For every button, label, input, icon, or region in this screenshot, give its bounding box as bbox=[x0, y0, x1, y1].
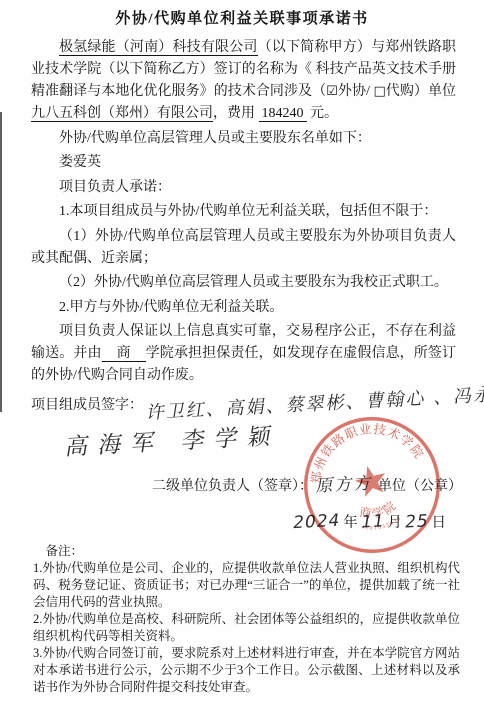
unit-leader-signature-row: 二级单位负责人（签章）：原方方单位（公章） bbox=[152, 470, 462, 495]
intro-paragraph: 极氢绿能（河南）科技有限公司（以下简称甲方）与郑州铁路职业技术学院（以下简称乙方… bbox=[31, 37, 456, 125]
promise-item-1-2: （2）外协/代购单位高层管理人员或主要股东为我校正式职工。 bbox=[31, 272, 456, 294]
document-title: 外协/代购单位利益关联事项承诺书 bbox=[0, 7, 484, 28]
date-month-unit: 月 bbox=[387, 515, 402, 531]
promise-intro-line: 项目负责人承诺： bbox=[31, 177, 456, 199]
date-day-unit: 日 bbox=[432, 515, 447, 531]
outsource-checkbox-checked-icon: ☑ bbox=[326, 84, 338, 99]
remarks-heading: 备注： bbox=[33, 543, 460, 560]
date-year-unit: 年 bbox=[343, 515, 358, 531]
guarantor-college-blank: 商 bbox=[102, 346, 146, 362]
date-month-handwritten: 11 bbox=[359, 511, 386, 532]
purchase-checkbox-empty-icon: □ bbox=[373, 84, 385, 99]
shareholders-intro-line: 外协/代购单位高层管理人员或主要股东名单如下： bbox=[31, 128, 456, 150]
team-signature-label: 项目组成员签字： bbox=[31, 398, 143, 413]
team-signatures-handwritten-2: 高海军 李学颖 bbox=[64, 417, 284, 462]
party-a-company-underlined: 极氢绿能（河南）科技有限公司 bbox=[59, 40, 258, 56]
intro-text-2: ，费用 bbox=[213, 106, 255, 121]
promise-item-1: 1.本项目组成员与外协/代购单位无利益关联，包括但不限于： bbox=[31, 201, 456, 223]
promise-item-2: 2.甲方与外协/代购单位无利益关联。 bbox=[31, 297, 456, 319]
remarks-item-2: 2.外协/代购单位是高校、科研院所、社会团体等公益组织的，应提供收款单位组织机构… bbox=[33, 611, 460, 645]
fee-amount-underlined: 184240 bbox=[259, 106, 307, 122]
remarks-item-3: 3.外协/代购合同签订前，要求院系对上述材料进行审查，并在本学院官方网站对本承诺… bbox=[33, 645, 460, 696]
date-year-handwritten: 2024 bbox=[291, 511, 341, 534]
promise-item-1-1: （1）外协/代购单位高层管理人员或主要股东为外协项目负责人或其配偶、近亲属； bbox=[31, 226, 456, 270]
purchase-option-label: 代购）单位 bbox=[386, 84, 456, 99]
date-row: 2024年11月25日 bbox=[290, 511, 446, 532]
unit-leader-label: 二级单位负责人（签章）： bbox=[152, 479, 313, 494]
scan-edge-artifact bbox=[0, 112, 2, 412]
document-body: 极氢绿能（河南）科技有限公司（以下简称甲方）与郑州铁路职业技术学院（以下简称乙方… bbox=[31, 37, 456, 390]
remarks-section: 备注： 1.外协/代购单位是公司、企业的，应提供收款单位法人营业执照、组织机构代… bbox=[33, 543, 460, 696]
outsource-unit-name-underlined: 九八五科创（郑州）有限公司 bbox=[31, 106, 213, 122]
unit-seal-label: 单位（公章） bbox=[378, 479, 462, 494]
date-day-handwritten: 25 bbox=[403, 511, 430, 532]
intro-text-3: 元。 bbox=[310, 106, 338, 121]
scanned-commitment-document: 外协/代购单位利益关联事项承诺书 极氢绿能（河南）科技有限公司（以下简称甲方）与… bbox=[0, 0, 484, 708]
outsource-option-label: 外协/ bbox=[338, 84, 374, 99]
team-signature-row-2: 高海军 李学颖 bbox=[66, 423, 281, 456]
remarks-item-1: 1.外协/代购单位是公司、企业的，应提供收款单位法人营业执照、组织机构代码、税务… bbox=[33, 560, 460, 611]
unit-leader-signature-handwritten: 原方方 bbox=[315, 468, 376, 496]
guarantee-paragraph: 项目负责人保证以上信息真实可靠，交易程序公正，不存在利益输送。并由商学院承担担保… bbox=[31, 321, 456, 387]
shareholder-name-line: 娄爱英 bbox=[31, 152, 456, 174]
